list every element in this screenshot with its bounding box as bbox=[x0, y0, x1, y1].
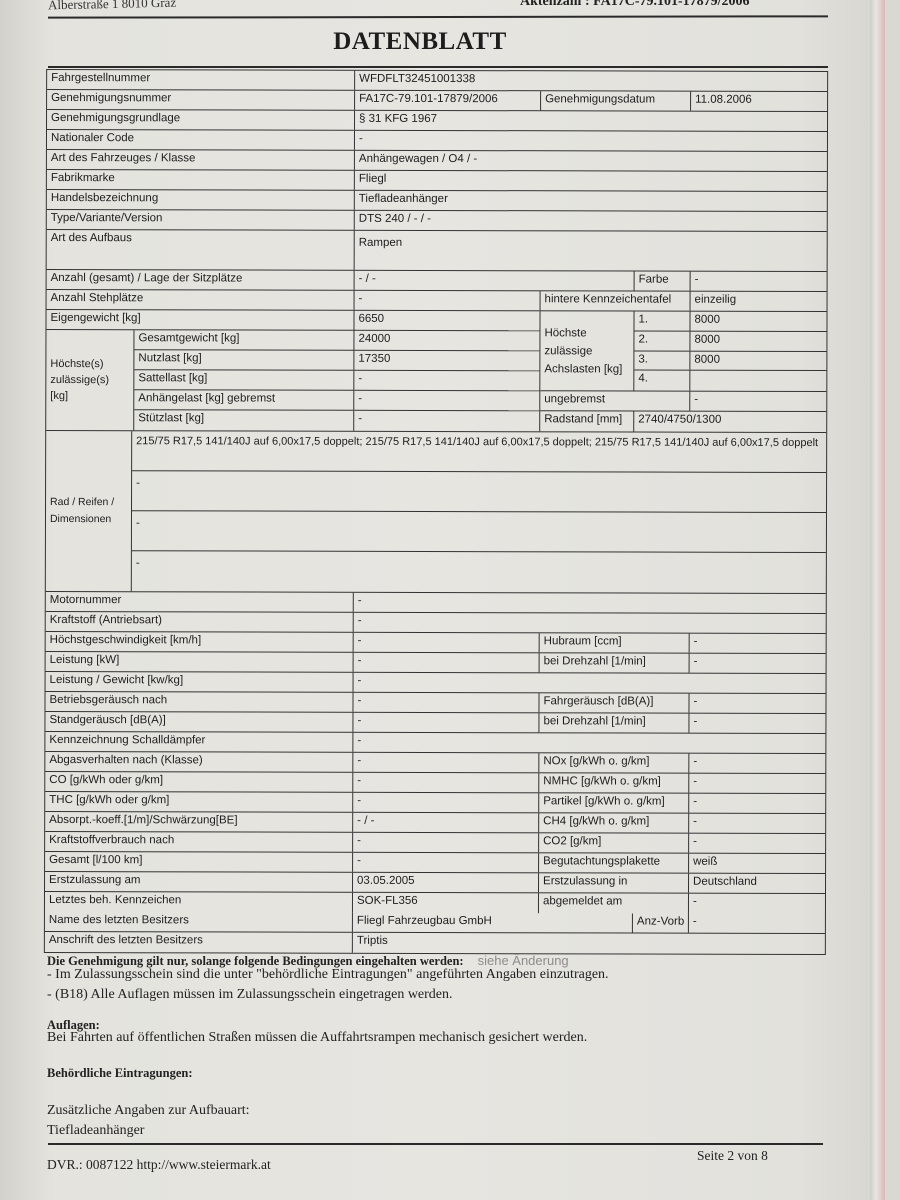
row-value: 6650 bbox=[354, 311, 388, 330]
row-value: WFDFLT32451001338 bbox=[355, 71, 827, 91]
document-page: Alberstraße 1 8010 Graz Aktenzahl : FA17… bbox=[0, 0, 885, 1200]
table-row: Kennzeichnung Schalldämpfer- bbox=[45, 732, 825, 754]
table-row: Fabrikmarke Fliegl bbox=[47, 170, 827, 192]
table-row: Kraftstoff (Antriebsart)- bbox=[46, 612, 826, 634]
row-label: CH4 [g/kWh o. g/km] bbox=[539, 813, 689, 832]
header-address: Alberstraße 1 8010 Graz bbox=[48, 0, 176, 13]
row-value: 17350 bbox=[354, 351, 394, 370]
row-label: THC [g/kWh oder g/km] bbox=[45, 792, 353, 812]
row-value: - bbox=[689, 914, 825, 933]
table-row: Genehmigungsgrundlage § 31 KFG 1967 bbox=[47, 110, 827, 132]
axle-label: Höchste zulässige Achslasten [kg] bbox=[540, 311, 634, 390]
table-row: Betriebsgeräusch nach-Fahrgeräusch [dB(A… bbox=[45, 692, 825, 714]
row-value: - bbox=[355, 131, 827, 151]
row-value: - bbox=[689, 694, 825, 713]
table-row: Standgeräusch [dB(A)]-bei Drehzahl [1/mi… bbox=[45, 712, 825, 734]
table-row: Kraftstoffverbrauch nach-CO2 [g/km]- bbox=[45, 832, 825, 854]
row-label: Abgasverhalten nach (Klasse) bbox=[45, 752, 353, 772]
page-edge bbox=[870, 0, 885, 1200]
row-value: einzeilig bbox=[691, 292, 827, 311]
table-row: Genehmigungsnummer FA17C-79.101-17879/20… bbox=[47, 90, 827, 112]
table-row: Leistung / Gewicht [kw/kg]- bbox=[46, 672, 826, 694]
table-row: Motornummer- bbox=[46, 592, 826, 614]
row-label: Kraftstoff (Antriebsart) bbox=[46, 612, 354, 632]
table-row: THC [g/kWh oder g/km]-Partikel [g/kWh o.… bbox=[45, 792, 825, 814]
row-label: Gesamtgewicht [kg] bbox=[134, 330, 243, 349]
tyre-value: - bbox=[132, 551, 144, 591]
row-label: Art des Aufbaus bbox=[47, 230, 355, 270]
row-label: Genehmigungsgrundlage bbox=[47, 110, 355, 130]
table-row: Art des Fahrzeuges / Klasse Anhängewagen… bbox=[47, 150, 827, 172]
table-row: Leistung [kW]-bei Drehzahl [1/min]- bbox=[46, 652, 826, 674]
page-number: Seite 2 von 8 bbox=[697, 1148, 768, 1164]
row-value: - / - bbox=[353, 813, 539, 832]
table-row: Höchstgeschwindigkeit [km/h]-Hubraum [cc… bbox=[46, 632, 826, 654]
row-value: weiß bbox=[689, 854, 825, 873]
footer-dvr: DVR.: 0087122 http://www.steiermark.at bbox=[47, 1157, 271, 1173]
tyre-value: - bbox=[132, 511, 144, 550]
row-value: Deutschland bbox=[689, 874, 825, 893]
row-value: - bbox=[689, 774, 825, 793]
row-value: 2740/4750/1300 bbox=[634, 412, 826, 433]
row-label: Fahrgestellnummer bbox=[47, 70, 355, 90]
row-label: abgemeldet am bbox=[539, 893, 689, 913]
table-row: Fahrgestellnummer WFDFLT32451001338 bbox=[47, 70, 827, 92]
table-row: Handelsbezeichnung Tiefladeanhänger bbox=[47, 190, 827, 212]
axle-number: 1. bbox=[634, 312, 690, 331]
row-value: - bbox=[689, 794, 825, 813]
row-label: Höchstgeschwindigkeit [km/h] bbox=[46, 632, 354, 652]
eintragungen-heading: Behördliche Eintragungen: bbox=[47, 1066, 193, 1081]
row-label: Leistung [kW] bbox=[46, 652, 354, 672]
table-row: Art des Aufbaus Rampen bbox=[47, 230, 827, 272]
table-row: Letztes beh. KennzeichenSOK-FL356abgemel… bbox=[45, 892, 825, 914]
row-value: Rampen bbox=[355, 231, 827, 271]
axle-value: 8000 bbox=[690, 331, 826, 350]
row-label: Hubraum [ccm] bbox=[540, 633, 690, 652]
page-title: DATENBLATT bbox=[0, 28, 840, 56]
row-label: Anhängelast [kg] gebremst bbox=[134, 390, 279, 409]
row-label: NMHC [g/kWh o. g/km] bbox=[539, 773, 689, 792]
row-label: Eigengewicht [kg] bbox=[46, 310, 353, 330]
row-value: - bbox=[353, 733, 825, 753]
table-row: Type/Variante/Version DTS 240 / - / - bbox=[47, 210, 827, 232]
table-row: CO [g/kWh oder g/km]-NMHC [g/kWh o. g/km… bbox=[45, 772, 825, 794]
table-row: Abgasverhalten nach (Klasse)-NOx [g/kWh … bbox=[45, 752, 825, 774]
row-label: bei Drehzahl [1/min] bbox=[540, 653, 690, 672]
row-label: Anschrift des letzten Besitzers bbox=[45, 932, 353, 953]
row-value: - / - bbox=[355, 271, 635, 291]
row-label: Stützlast [kg] bbox=[134, 410, 208, 430]
row-label: Fabrikmarke bbox=[47, 170, 355, 190]
tyre-value: - bbox=[132, 471, 144, 510]
row-value: Fliegl Fahrzeugbau GmbH bbox=[353, 913, 633, 933]
tyres-label: Rad / Reifen / Dimensionen bbox=[46, 431, 132, 591]
row-label: Art des Fahrzeuges / Klasse bbox=[47, 150, 355, 170]
row-value: 03.05.2005 bbox=[353, 873, 539, 892]
row-label: bei Drehzahl [1/min] bbox=[539, 713, 689, 732]
row-value: - bbox=[353, 693, 539, 712]
row-value: 24000 bbox=[354, 331, 394, 350]
row-value: - bbox=[353, 853, 539, 872]
row-value: - bbox=[689, 834, 825, 853]
row-value: - bbox=[353, 713, 539, 732]
row-value: Fliegl bbox=[355, 171, 827, 191]
row-label: Letztes beh. Kennzeichen bbox=[45, 892, 353, 913]
row-value: - bbox=[354, 673, 826, 693]
row-value: - bbox=[354, 391, 366, 410]
row-value: - bbox=[689, 714, 825, 733]
table-row: Anzahl (gesamt) / Lage der Sitzplätze - … bbox=[47, 270, 827, 292]
row-label: Handelsbezeichnung bbox=[47, 190, 355, 210]
row-value: Anhängewagen / O4 / - bbox=[355, 151, 827, 171]
axle-number: 3. bbox=[634, 351, 690, 370]
row-value: § 31 KFG 1967 bbox=[355, 111, 827, 131]
row-value: Triptis bbox=[353, 933, 825, 954]
header-rule bbox=[48, 15, 828, 18]
condition-item: - (B18) Alle Auflagen müssen im Zulassun… bbox=[47, 987, 453, 1003]
weights-block: Eigengewicht [kg] Höchste(s) zulässige(s… bbox=[46, 310, 826, 433]
footer-rule bbox=[48, 1143, 823, 1145]
row-value: DTS 240 / - / - bbox=[355, 211, 827, 231]
row-label: Erstzulassung in bbox=[539, 873, 689, 892]
row-label: Sattellast [kg] bbox=[134, 370, 211, 389]
conditions-heading-text: Die Genehmigung gilt nur, solange folgen… bbox=[47, 954, 464, 968]
row-value: - bbox=[689, 814, 825, 833]
header-aktenzahl: Aktenzahl : FA17C-79.101-17879/2006 bbox=[520, 0, 750, 10]
data-table: Fahrgestellnummer WFDFLT32451001338 Gene… bbox=[44, 69, 828, 955]
row-label: Fahrgeräusch [dB(A)] bbox=[539, 693, 689, 712]
tyres-block: Rad / Reifen / Dimensionen 215/75 R17,5 … bbox=[46, 431, 826, 594]
row-label: Genehmigungsdatum bbox=[541, 91, 691, 110]
axle-value: 8000 bbox=[690, 312, 826, 331]
eintragungen-line: Zusätzliche Angaben zur Aufbauart: bbox=[47, 1103, 250, 1119]
table-row: Name des letzten Besitzers Fliegl Fahrze… bbox=[45, 912, 825, 934]
row-value: - bbox=[354, 613, 826, 633]
row-label: Nationaler Code bbox=[47, 130, 355, 150]
row-value: - bbox=[354, 633, 540, 652]
row-label: ungebremst bbox=[540, 391, 690, 410]
axle-value: 8000 bbox=[690, 351, 826, 370]
row-label: CO2 [g/km] bbox=[539, 833, 689, 852]
group-label: Höchste(s) zulässige(s) [kg] bbox=[46, 330, 134, 430]
row-label: Type/Variante/Version bbox=[47, 210, 355, 230]
tyre-value: 215/75 R17,5 141/140J auf 6,00x17,5 dopp… bbox=[132, 431, 822, 472]
row-value: - bbox=[354, 593, 826, 613]
row-label: Nutzlast [kg] bbox=[134, 350, 205, 369]
row-value: - bbox=[353, 753, 539, 772]
row-label: Standgeräusch [dB(A)] bbox=[45, 712, 353, 732]
row-value: FA17C-79.101-17879/2006 bbox=[355, 91, 541, 110]
row-label: Kraftstoffverbrauch nach bbox=[45, 832, 353, 852]
row-label: Name des letzten Besitzers bbox=[45, 912, 353, 932]
row-label: Absorpt.-koeff.[1/m]/Schwärzung[BE] bbox=[45, 812, 353, 832]
row-value: - bbox=[689, 754, 825, 773]
row-label: CO [g/kWh oder g/km] bbox=[45, 772, 353, 792]
table-row: Erstzulassung am03.05.2005Erstzulassung … bbox=[45, 872, 825, 894]
row-value: - bbox=[689, 894, 825, 914]
auflagen-text: Bei Fahrten auf öffentlichen Straßen müs… bbox=[47, 1030, 587, 1046]
row-label: NOx [g/kWh o. g/km] bbox=[539, 753, 689, 772]
axle-number: 4. bbox=[634, 371, 690, 391]
row-label: Leistung / Gewicht [kw/kg] bbox=[46, 672, 354, 692]
title-rule bbox=[48, 66, 828, 68]
eintragungen-line: Tiefladeanhänger bbox=[47, 1123, 144, 1139]
row-label: Farbe bbox=[635, 272, 691, 291]
row-label: Motornummer bbox=[46, 592, 354, 612]
row-value: - bbox=[355, 291, 541, 310]
row-value: SOK-FL356 bbox=[353, 893, 539, 913]
row-label: Genehmigungsnummer bbox=[47, 90, 355, 110]
row-value: - bbox=[354, 411, 366, 431]
row-value: - bbox=[353, 833, 539, 852]
row-value: - bbox=[353, 793, 539, 812]
row-value: - bbox=[353, 773, 539, 792]
row-value: - bbox=[354, 653, 540, 672]
row-value: - bbox=[690, 654, 826, 673]
row-value: - bbox=[691, 272, 827, 291]
row-value: - bbox=[690, 634, 826, 653]
row-label: Erstzulassung am bbox=[45, 872, 353, 892]
table-row: Gesamt [l/100 km]-Begutachtungsplakettew… bbox=[45, 852, 825, 874]
row-label: Anzahl (gesamt) / Lage der Sitzplätze bbox=[47, 270, 355, 290]
table-row: Anschrift des letzten Besitzers Triptis bbox=[45, 932, 825, 954]
row-label: Gesamt [l/100 km] bbox=[45, 852, 353, 872]
row-label: Anz-Vorb bbox=[633, 914, 689, 933]
row-value: Tiefladeanhänger bbox=[355, 191, 827, 211]
weights-labels: Eigengewicht [kg] Höchste(s) zulässige(s… bbox=[46, 310, 354, 431]
row-label: hintere Kennzeichentafel bbox=[541, 291, 691, 310]
axle-block: Höchste zulässige Achslasten [kg] 1.8000… bbox=[540, 311, 826, 432]
row-label: Partikel [g/kWh o. g/km] bbox=[539, 793, 689, 812]
axle-number: 2. bbox=[634, 331, 690, 350]
condition-item: - Im Zulassungsschein sind die unter "be… bbox=[47, 967, 609, 983]
row-label: Radstand [mm] bbox=[540, 411, 634, 431]
table-row: Absorpt.-koeff.[1/m]/Schwärzung[BE]- / -… bbox=[45, 812, 825, 834]
row-label: Betriebsgeräusch nach bbox=[45, 692, 353, 712]
row-value: - bbox=[354, 371, 366, 390]
axle-value bbox=[690, 371, 826, 391]
weights-values: 6650 24000 17350 - - - bbox=[354, 311, 540, 431]
table-row: Anzahl Stehplätze - hintere Kennzeichent… bbox=[47, 290, 827, 312]
stamp-text: siehe Änderung bbox=[478, 953, 569, 968]
row-value: - bbox=[690, 392, 826, 411]
engine-rows: Motornummer-Kraftstoff (Antriebsart)-Höc… bbox=[45, 592, 826, 914]
table-row: Nationaler Code - bbox=[47, 130, 827, 152]
row-label: Anzahl Stehplätze bbox=[47, 290, 355, 310]
row-value: 11.08.2006 bbox=[691, 92, 827, 111]
row-label: Kennzeichnung Schalldämpfer bbox=[45, 732, 353, 752]
row-label: Begutachtungsplakette bbox=[539, 853, 689, 872]
